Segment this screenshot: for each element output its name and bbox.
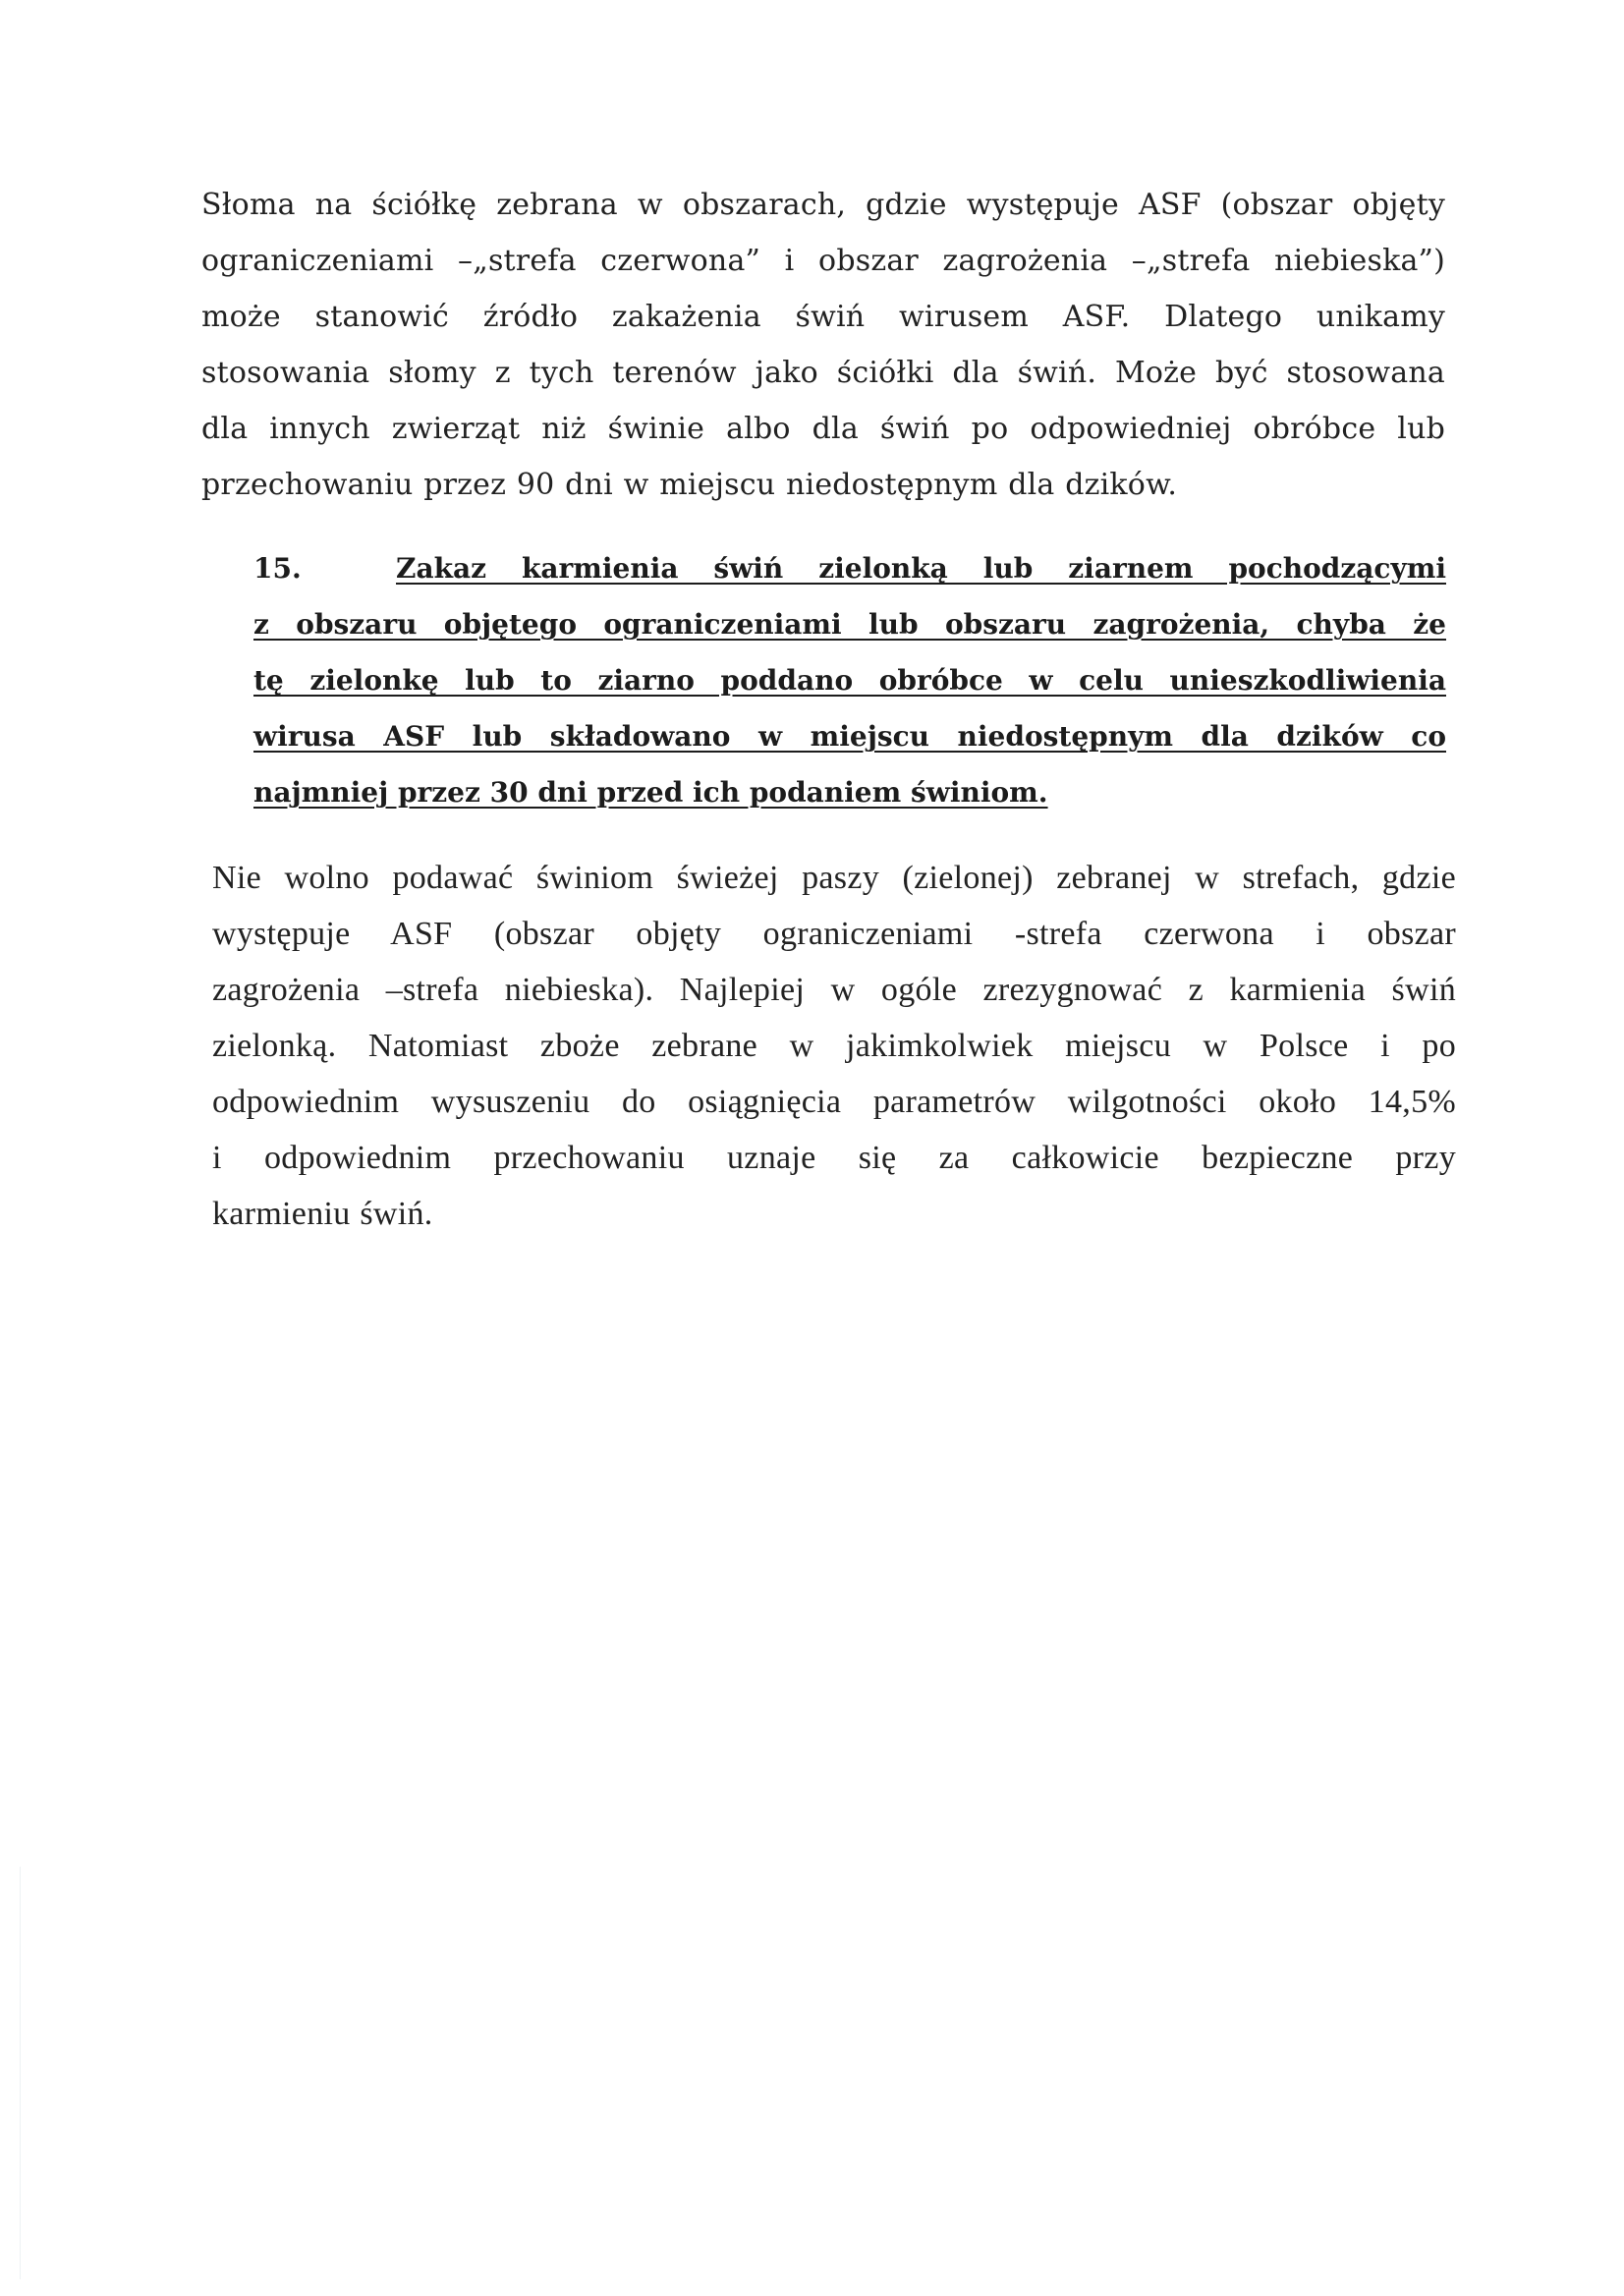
heading-line: najmniej przez 30 dni przed ich podaniem… xyxy=(253,764,1446,820)
heading-line-text: z obszaru objętego ograniczeniami lub ob… xyxy=(253,608,1446,641)
paragraph-line: Słoma na ściółkę zebrana w obszarach, gd… xyxy=(201,177,1445,233)
section-heading: Zakaz karmienia świń zielonką lub ziarne… xyxy=(303,540,1446,820)
heading-line: wirusa ASF lub składowano w miejscu nied… xyxy=(253,708,1446,764)
paragraph-line: stosowania słomy z tych terenów jako ści… xyxy=(201,345,1445,401)
paragraph-line: przechowaniu przez 90 dni w miejscu nied… xyxy=(201,457,1445,513)
paragraph-line: dla innych zwierząt niż świnie albo dla … xyxy=(201,401,1445,457)
paragraph-line: zagrożenia –strefa niebieska). Najlepiej… xyxy=(212,962,1456,1018)
heading-line: tę zielonkę lub to ziarno poddano obróbc… xyxy=(253,652,1446,708)
paragraph-straw-bedding: Słoma na ściółkę zebrana w obszarach, gd… xyxy=(201,177,1445,513)
paragraph-line: odpowiednim wysuszeniu do osiągnięcia pa… xyxy=(212,1074,1456,1130)
heading-line-text: Zakaz karmienia świń zielonką lub ziarne… xyxy=(396,552,1446,585)
document-page: Słoma na ściółkę zebrana w obszarach, gd… xyxy=(0,0,1624,2296)
heading-line: z obszaru objętego ograniczeniami lub ob… xyxy=(253,596,1446,652)
paragraph-line: karmieniu świń. xyxy=(212,1186,1456,1242)
paragraph-line: i odpowiednim przechowaniu uznaje się za… xyxy=(212,1130,1456,1186)
paragraph-line: Nie wolno podawać świniom świeżej paszy … xyxy=(212,850,1456,906)
heading-line-text: najmniej przez 30 dni przed ich podaniem… xyxy=(253,776,1048,809)
heading-line: Zakaz karmienia świń zielonką lub ziarne… xyxy=(303,540,1446,596)
paragraph-line: może stanowić źródło zakażenia świń wiru… xyxy=(201,289,1445,345)
heading-line-text: wirusa ASF lub składowano w miejscu nied… xyxy=(253,720,1446,753)
scan-edge-mark xyxy=(20,1867,21,2279)
paragraph-green-fodder: Nie wolno podawać świniom świeżej paszy … xyxy=(212,850,1456,1242)
paragraph-line: występuje ASF (obszar objęty ograniczeni… xyxy=(212,906,1456,962)
paragraph-line: zielonką. Natomiast zboże zebrane w jaki… xyxy=(212,1018,1456,1074)
heading-line-text: tę zielonkę lub to ziarno poddano obróbc… xyxy=(253,664,1446,697)
section-number: 15. xyxy=(253,540,302,596)
paragraph-line: ograniczeniami –„strefa czerwona” i obsz… xyxy=(201,233,1445,289)
